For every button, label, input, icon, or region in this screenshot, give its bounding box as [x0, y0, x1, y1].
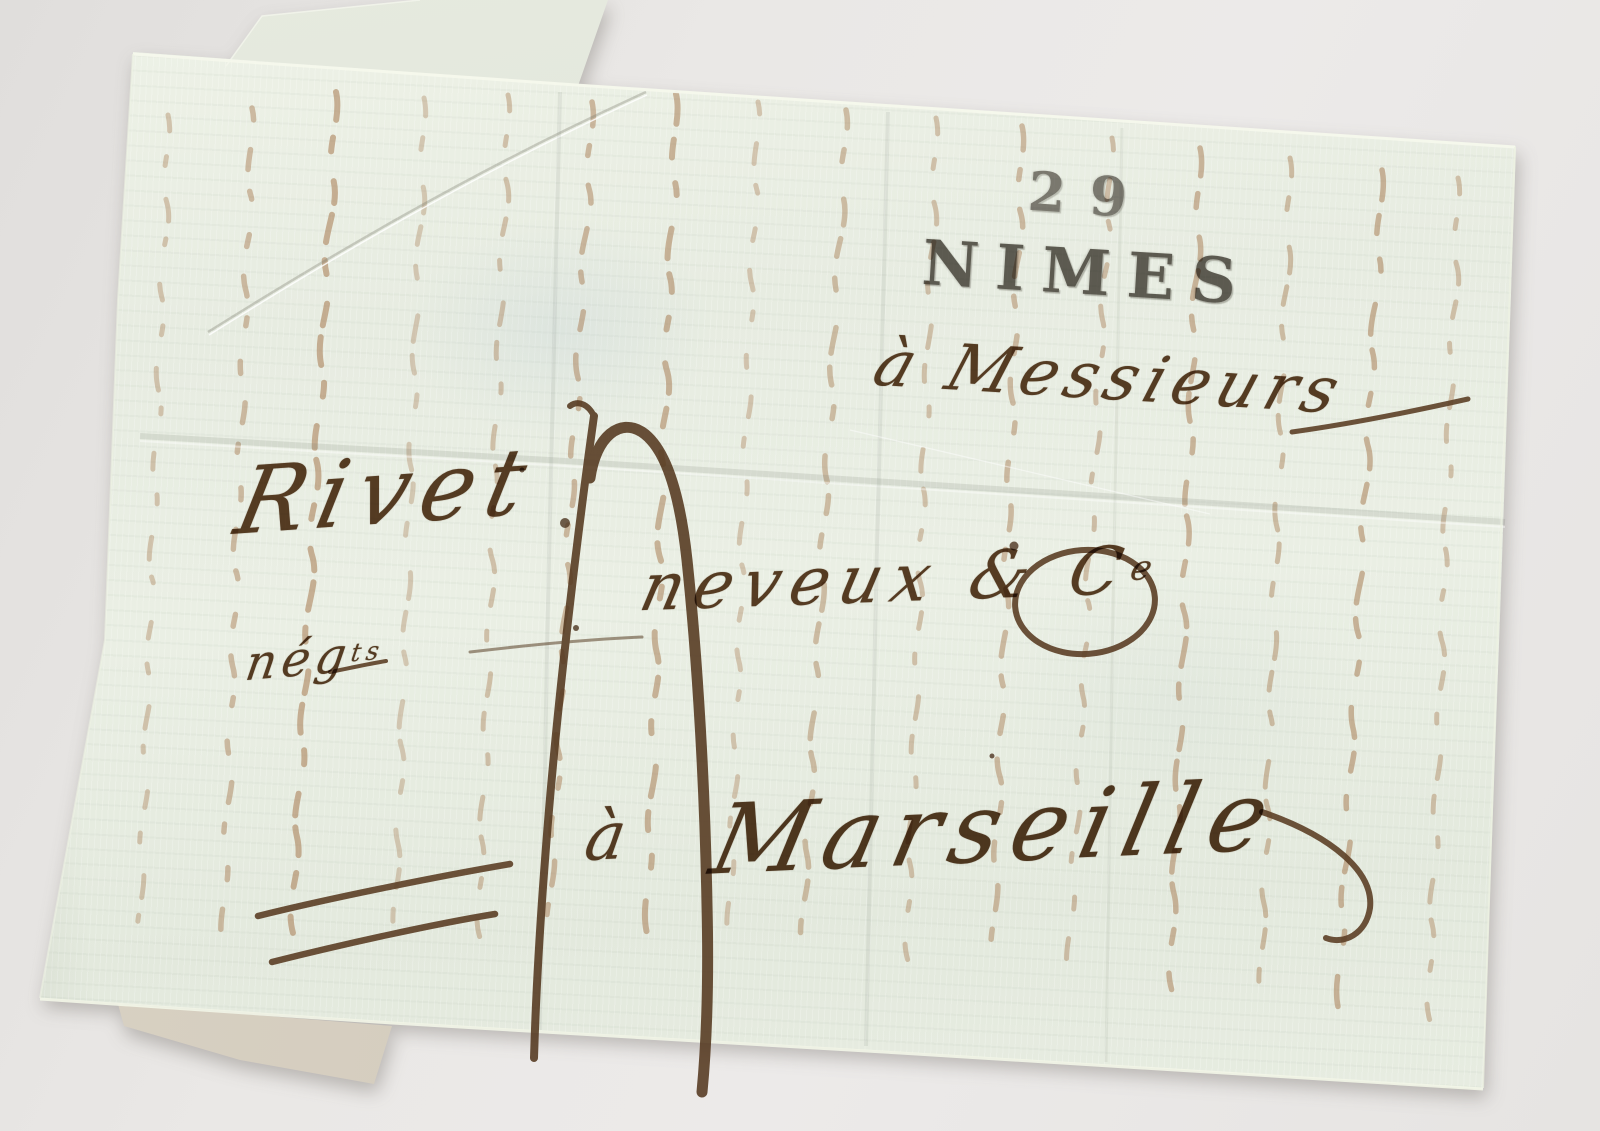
addressee-name: Rivet — [228, 435, 544, 549]
addressee-company: neveux & Ce — [634, 537, 1168, 622]
destination-city: Marseille — [704, 767, 1289, 889]
profession-superscript: ts — [349, 635, 386, 667]
profession-text: nég — [242, 626, 356, 692]
double-underline-stroke-2 — [272, 914, 495, 962]
city-closing-flourish — [1262, 812, 1370, 940]
postmark-rate-code: 29 — [1026, 164, 1153, 226]
postmark-town: NIMES — [920, 232, 1255, 314]
scanned-letter-photo: 29 NIMES à Messieurs Rivet neveux & Ce n… — [0, 0, 1600, 1131]
